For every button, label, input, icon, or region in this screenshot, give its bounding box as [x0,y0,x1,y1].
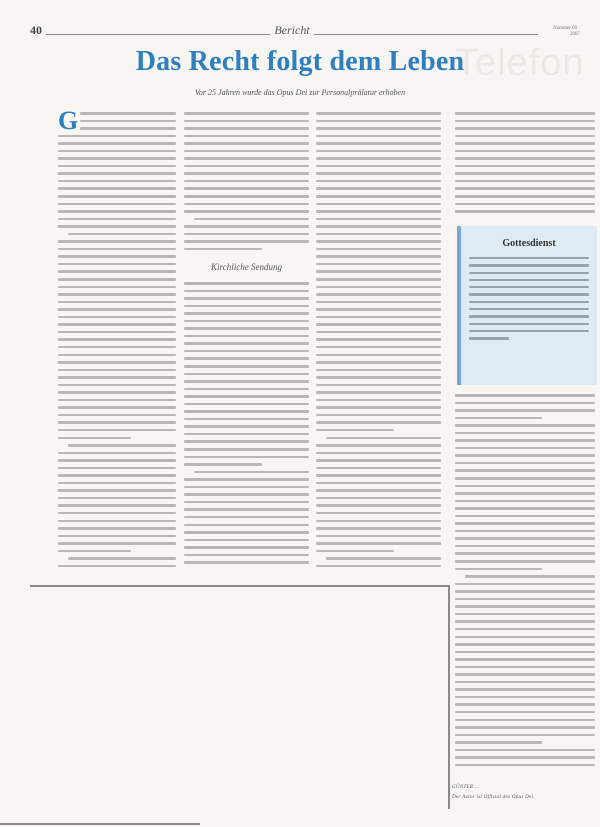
box-text-line [469,272,589,274]
text-line [184,456,309,459]
text-line [184,135,309,138]
text-line [184,187,309,190]
text-line [455,157,595,160]
box-text-line [469,308,589,310]
text-line [316,338,441,341]
text-line [455,142,595,145]
text-line [184,561,309,564]
text-line [455,172,595,175]
text-line [316,565,441,568]
text-line [455,469,595,472]
text-line [184,142,309,145]
text-line [455,756,595,759]
text-line [58,157,176,160]
header-rule [314,34,538,35]
text-line [316,270,441,273]
text-line [184,327,309,330]
text-line [58,172,176,175]
text-line [455,688,595,691]
text-line [184,365,309,368]
text-line [316,308,441,311]
text-line [58,520,176,523]
text-line [58,406,176,409]
text-line [58,542,176,545]
text-line [58,512,176,515]
column-4 [455,112,595,218]
text-line [184,478,309,481]
text-line [316,323,441,326]
text-line [316,497,441,500]
text-line [58,301,176,304]
text-line [316,263,441,266]
text-line [184,233,309,236]
box-text-line [469,264,589,266]
text-line [455,537,595,540]
text-line [184,357,309,360]
text-line [184,335,309,338]
text-line [316,225,441,228]
subheading: Kirchliche Sendung [184,262,309,272]
text-line [455,402,595,405]
text-line [184,342,309,345]
text-line [316,467,441,470]
text-line [455,545,595,548]
article-title: Das Recht folgt dem Leben [0,46,600,78]
text-line [184,486,309,489]
text-line [58,187,176,190]
text-line [184,127,309,130]
text-line [58,369,176,372]
text-line [58,210,176,213]
text-line [316,172,441,175]
text-line [316,421,441,424]
text-line [316,452,441,455]
text-line [316,512,441,515]
text-line [316,142,441,145]
text-line [316,165,441,168]
text-line [58,240,176,243]
text-line [80,127,176,130]
text-line [58,354,176,357]
text-line [184,195,309,198]
text-line [316,293,441,296]
text-line [58,535,176,538]
column-4-continued [455,394,595,771]
box-text-line [469,279,589,281]
text-line [58,474,176,477]
text-line [184,380,309,383]
text-line [316,414,441,417]
text-line [58,489,176,492]
text-line [455,598,595,601]
box-text-line [469,301,589,303]
info-box-body [461,257,597,340]
text-line [316,346,441,349]
text-line [58,248,176,251]
text-line [316,248,441,251]
text-line [80,112,176,115]
text-line [184,501,309,504]
text-line [58,429,176,432]
text-line [455,636,595,639]
text-line [455,673,595,676]
text-line [316,542,441,545]
text-line [316,527,441,530]
text-line [455,180,595,183]
text-line [455,515,595,518]
text-line [194,471,309,474]
text-line [316,233,441,236]
text-line [455,394,595,397]
text-line [184,180,309,183]
text-line [455,417,542,420]
text-line [58,331,176,334]
text-line [184,305,309,308]
text-line [316,399,441,402]
advertisement-space [30,585,450,809]
text-line [58,180,176,183]
issue-info: Nummer 00 · 2007 [542,26,580,38]
text-line [455,590,595,593]
text-line [455,522,595,525]
text-line [58,467,176,470]
header-rule [46,34,270,35]
text-line [184,493,309,496]
column-2 [184,112,309,255]
text-line [58,195,176,198]
text-line [184,290,309,293]
text-line [184,373,309,376]
text-line [316,301,441,304]
text-line [184,516,309,519]
text-line [58,308,176,311]
text-line [455,741,542,744]
text-line [316,210,441,213]
text-line [58,225,176,228]
text-line [184,248,262,251]
text-line [58,203,176,206]
text-line [184,150,309,153]
text-line [316,240,441,243]
text-line [455,749,595,752]
text-line [316,180,441,183]
text-line [455,187,595,190]
text-line [184,203,309,206]
text-line [184,225,309,228]
text-line [455,424,595,427]
text-line [184,418,309,421]
text-line [316,489,441,492]
text-line [184,120,309,123]
text-line [455,120,595,123]
text-line [68,444,176,447]
info-box-title: Gottesdienst [461,238,597,249]
box-text-line [469,323,589,325]
text-line [58,338,176,341]
text-line [455,135,595,138]
text-line [316,255,441,258]
text-line [455,613,595,616]
text-line [316,127,441,130]
text-line [184,312,309,315]
text-line [184,546,309,549]
text-line [58,459,176,462]
text-line [68,557,176,560]
author-note: Der Autor ist Offizial des Opus Dei. [452,795,535,800]
text-line [316,406,441,409]
text-line [455,703,595,706]
text-line [58,437,131,440]
text-line [316,369,441,372]
text-line [455,507,595,510]
text-line [455,651,595,654]
text-line [316,354,441,357]
text-line [316,286,441,289]
text-line [465,575,595,578]
text-line [58,293,176,296]
text-line [455,112,595,115]
text-line [316,278,441,281]
text-line [184,433,309,436]
text-line [455,696,595,699]
text-line [58,399,176,402]
text-line [455,552,595,555]
text-line [58,565,176,568]
text-line [316,316,441,319]
text-line [455,583,595,586]
text-line [58,135,176,138]
box-text-line [469,293,589,295]
bottom-rule [0,823,200,825]
text-line [455,150,595,153]
text-line [316,520,441,523]
text-line [58,323,176,326]
text-line [58,286,176,289]
text-line [58,550,131,553]
text-line [184,157,309,160]
text-line [80,120,176,123]
text-line [455,447,595,450]
text-line [455,726,595,729]
text-line [455,454,595,457]
text-line [58,165,176,168]
section-label: Bericht [270,23,313,38]
text-line [455,666,595,669]
text-line [455,530,595,533]
author-signature: GÜNTER ... [452,785,479,790]
text-line [316,120,441,123]
text-line [455,485,595,488]
text-line [184,320,309,323]
page-number: 40 [30,23,42,38]
text-line [184,388,309,391]
text-line [455,477,595,480]
text-line [316,361,441,364]
text-line [58,504,176,507]
text-line [58,414,176,417]
text-line [184,403,309,406]
text-line [316,504,441,507]
text-line [184,440,309,443]
text-line [316,376,441,379]
text-line [316,195,441,198]
text-line [455,658,595,661]
text-line [455,500,595,503]
article-subtitle: Vor 25 Jahren wurde das Opus Dei zur Per… [0,88,600,97]
text-line [455,127,595,130]
text-line [455,605,595,608]
text-line [58,361,176,364]
text-line [455,560,595,563]
box-text-line [469,330,589,332]
text-line [455,620,595,623]
box-text-line [469,315,589,317]
text-line [316,331,441,334]
text-line [455,165,595,168]
text-line [184,425,309,428]
box-text-line [469,286,589,288]
text-line [316,474,441,477]
text-line [58,384,176,387]
text-line [455,628,595,631]
text-line [58,270,176,273]
text-line [58,263,176,266]
text-line [455,409,595,412]
text-line [58,316,176,319]
running-header: 40 Bericht Nummer 00 · 2007 [30,22,580,38]
column-1 [58,112,176,572]
text-line [184,531,309,534]
text-line [316,550,394,553]
text-line [455,643,595,646]
box-text-line [469,257,589,259]
text-line [455,203,595,206]
text-line [58,421,176,424]
text-line [316,459,441,462]
text-line [316,218,441,221]
text-line [455,764,595,767]
text-line [184,554,309,557]
text-line [455,432,595,435]
text-line [58,218,176,221]
column-2-continued [184,282,309,569]
text-line [455,195,595,198]
text-line [184,350,309,353]
text-line [455,462,595,465]
text-line [68,233,176,236]
text-line [184,112,309,115]
text-line [316,384,441,387]
text-line [316,535,441,538]
text-line [58,255,176,258]
text-line [455,711,595,714]
text-line [58,391,176,394]
text-line [58,376,176,379]
text-line [58,527,176,530]
text-line [58,278,176,281]
text-line [455,439,595,442]
text-line [455,568,542,571]
text-line [184,282,309,285]
text-line [184,210,309,213]
text-line [184,508,309,511]
text-line [455,719,595,722]
text-line [58,497,176,500]
text-line [316,482,441,485]
text-line [316,203,441,206]
text-line [194,218,309,221]
text-line [184,463,262,466]
text-line [316,135,441,138]
box-text-line [469,337,509,339]
text-line [184,172,309,175]
text-line [316,187,441,190]
text-line [184,240,309,243]
text-line [316,157,441,160]
text-line [184,448,309,451]
text-line [316,429,394,432]
text-line [455,734,595,737]
text-line [184,165,309,168]
text-line [316,112,441,115]
text-line [58,452,176,455]
text-line [316,444,441,447]
text-line [184,539,309,542]
text-line [316,391,441,394]
text-line [316,150,441,153]
text-line [184,395,309,398]
text-line [58,142,176,145]
text-line [184,410,309,413]
text-line [184,524,309,527]
text-line [455,681,595,684]
text-line [455,210,595,213]
text-line [58,150,176,153]
text-line [184,297,309,300]
text-line [58,346,176,349]
info-box: Gottesdienst [457,226,597,385]
text-line [58,482,176,485]
text-line [326,437,441,440]
text-line [455,492,595,495]
text-line [326,557,441,560]
column-3 [316,112,441,572]
